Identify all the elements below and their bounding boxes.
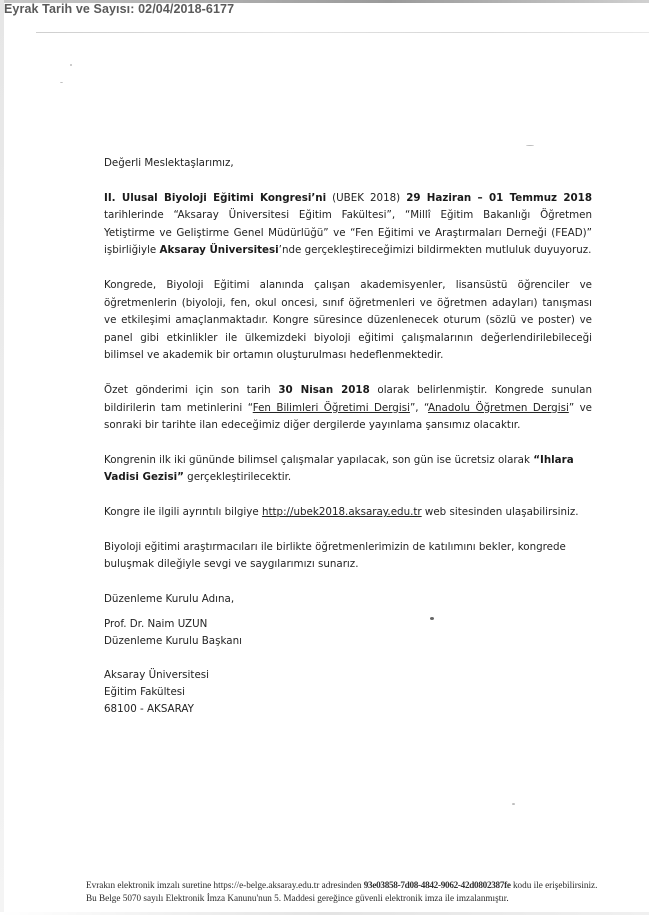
footer-verification-line: Evrakın elektronik imzalı suretine https…: [86, 879, 646, 892]
signature-block: Düzenleme Kurulu Adına, Prof. Dr. Naim U…: [104, 591, 592, 718]
website-text: Kongre ile ilgili ayrıntılı bilgiye: [104, 506, 262, 518]
document-date-number: Eyrak Tarih ve Sayısı: 02/04/2018-6177: [4, 2, 234, 16]
footer-verification-text: Evrakın elektronik imzalı suretine https…: [86, 880, 364, 890]
letter-body: Değerli Meslektaşlarımız, II. Ulusal Biy…: [104, 155, 592, 718]
trip-end: gerçekleştirilecektir.: [184, 471, 291, 483]
website-end: web sitesinden ulaşabilirsiniz.: [422, 506, 579, 518]
scan-speck: [526, 145, 534, 146]
host-university: Aksaray Üniversitesi: [160, 244, 279, 256]
paragraph-website: Kongre ile ilgili ayrıntılı bilgiye http…: [104, 504, 592, 522]
announcement-end: ’nde gerçekleştireceğimizi bildirmekten …: [279, 244, 592, 256]
on-behalf-line: Düzenleme Kurulu Adına,: [104, 591, 592, 608]
address-line-university: Aksaray Üniversitesi: [104, 667, 592, 684]
verification-code: 93e03858-7d08-4842-9062-42d0802387fe: [364, 880, 511, 890]
footer-verification-end: kodu ile erişebilirsiniz.: [511, 880, 598, 890]
trip-text: Kongrenin ilk iki gününde bilimsel çalış…: [104, 454, 533, 466]
paragraph-deadline: Özet gönderimi için son tarih 30 Nisan 2…: [104, 382, 592, 435]
journal-link-fen-bilimleri[interactable]: Fen Bilimleri Öğretimi Dergisi: [253, 402, 410, 414]
address-line-postal: 68100 - AKSARAY: [104, 701, 592, 718]
abstract-deadline: 30 Nisan 2018: [278, 384, 369, 396]
scan-speck: [512, 803, 515, 805]
paragraph-closing: Biyoloji eğitimi araştırmacıları ile bir…: [104, 539, 592, 574]
e-signature-footer: Evrakın elektronik imzalı suretine https…: [86, 879, 646, 904]
footer-legal-line: Bu Belge 5070 sayılı Elektronik İmza Kan…: [86, 892, 646, 905]
scan-speck: [60, 82, 63, 83]
signatory-title: Düzenleme Kurulu Başkanı: [104, 633, 592, 650]
address-line-faculty: Eğitim Fakültesi: [104, 684, 592, 701]
deadline-text: Özet gönderimi için son tarih: [104, 384, 278, 396]
paragraph-announcement: II. Ulusal Biyoloji Eğitimi Kongresi’ni …: [104, 190, 592, 260]
journal-separator: ”, “: [410, 402, 428, 414]
journal-link-anadolu[interactable]: Anadolu Öğretmen Dergisi: [428, 402, 569, 414]
congress-name: II. Ulusal Biyoloji Eğitimi Kongresi’ni: [104, 192, 326, 204]
greeting: Değerli Meslektaşlarımız,: [104, 155, 592, 173]
paragraph-aims: Kongrede, Biyoloji Eğitimi alanında çalı…: [104, 277, 592, 365]
scan-speck: [70, 64, 72, 66]
paragraph-trip: Kongrenin ilk iki gününde bilimsel çalış…: [104, 452, 592, 487]
scan-edge-left: [0, 0, 4, 915]
congress-website-link[interactable]: http://ubek2018.aksaray.edu.tr: [262, 506, 422, 518]
header-rule: [36, 32, 649, 33]
congress-abbrev: (UBEK 2018): [326, 192, 406, 204]
signatory-name: Prof. Dr. Naim UZUN: [104, 616, 592, 633]
congress-dates: 29 Haziran – 01 Temmuz 2018: [406, 192, 592, 204]
